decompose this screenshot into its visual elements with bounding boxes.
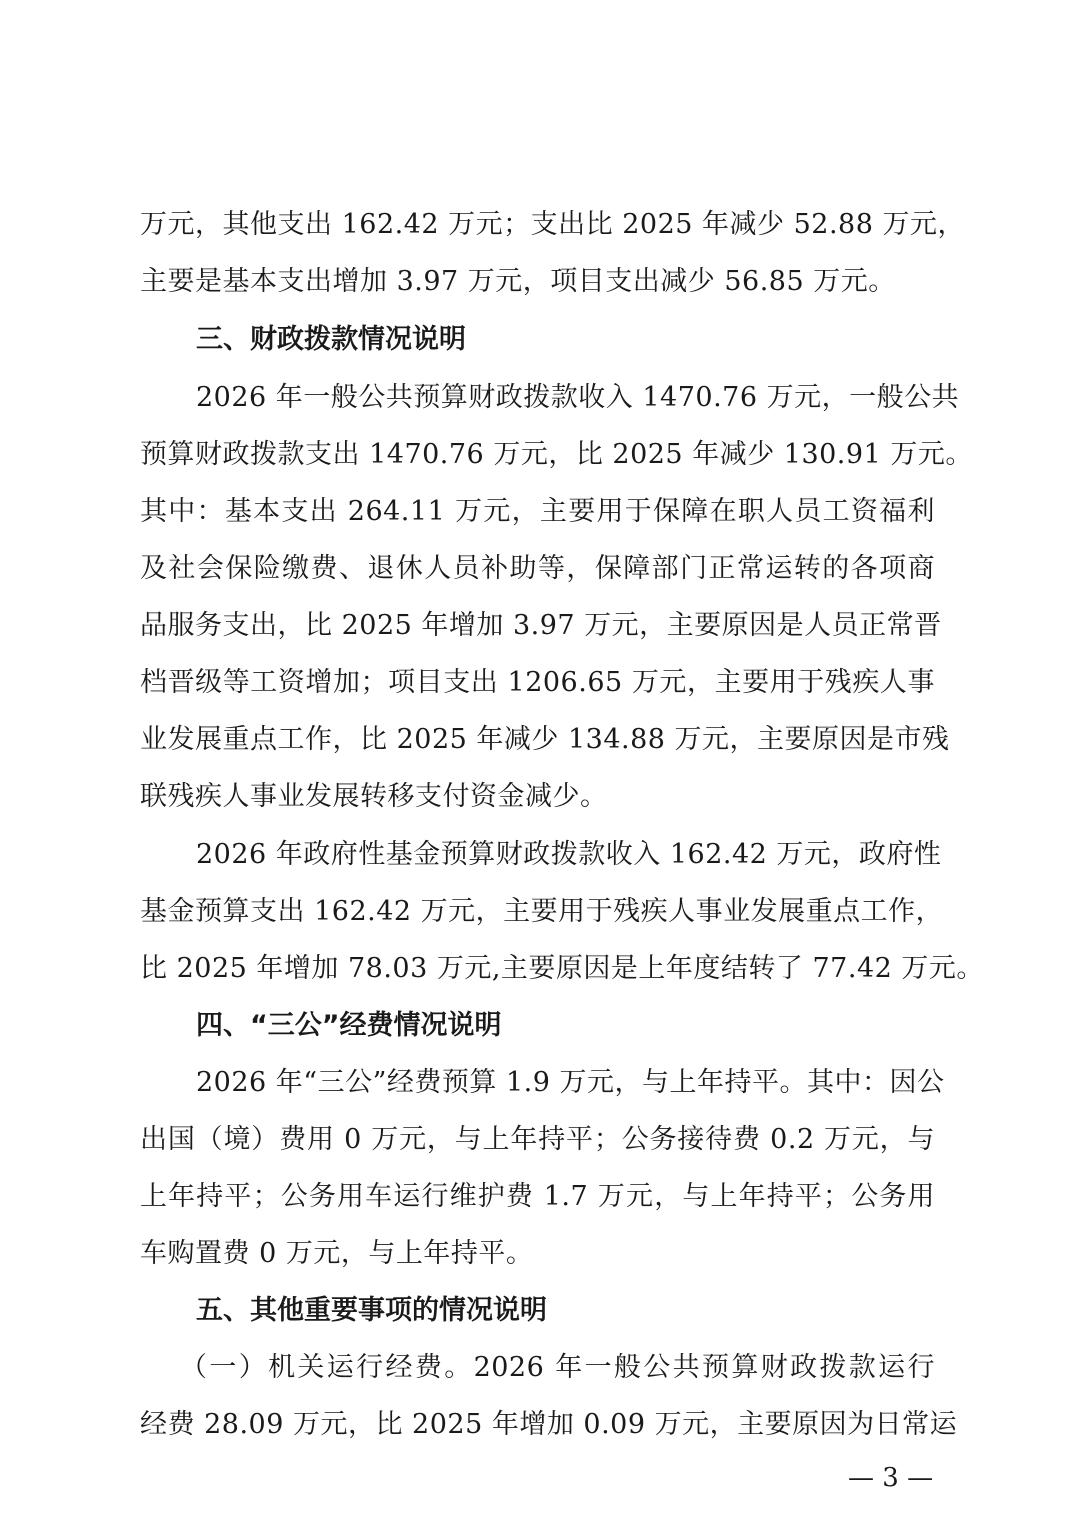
body-text-line: 联残疾人事业发展转移支付资金减少。 (140, 777, 935, 817)
body-text-line: 万元，其他支出 162.42 万元；支出比 2025 年减少 52.88 万元， (140, 205, 935, 245)
section-heading-4: 四、“三公”经费情况说明 (196, 1006, 502, 1046)
document-page: 万元，其他支出 162.42 万元；支出比 2025 年减少 52.88 万元，… (0, 0, 1074, 1520)
body-text-line: 2026 年“三公”经费预算 1.9 万元，与上年持平。其中：因公 (196, 1063, 935, 1103)
body-text-line: （一）机关运行经费。2026 年一般公共预算财政拨款运行 (180, 1348, 935, 1388)
body-text-line: 比 2025 年增加 78.03 万元,主要原因是上年度结转了 77.42 万元… (140, 949, 935, 989)
body-text-line: 2026 年一般公共预算财政拨款收入 1470.76 万元，一般公共 (196, 378, 935, 418)
body-text-line: 基金预算支出 162.42 万元，主要用于残疾人事业发展重点工作， (140, 892, 935, 932)
body-text-line: 及社会保险缴费、退休人员补助等，保障部门正常运转的各项商 (140, 549, 935, 589)
body-text-line: 其中：基本支出 264.11 万元，主要用于保障在职人员工资福利 (140, 492, 935, 532)
body-text-line: 经费 28.09 万元，比 2025 年增加 0.09 万元，主要原因为日常运 (140, 1405, 935, 1445)
body-text-line: 预算财政拨款支出 1470.76 万元，比 2025 年减少 130.91 万元… (140, 435, 935, 475)
body-text-line: 出国（境）费用 0 万元，与上年持平；公务接待费 0.2 万元，与 (140, 1120, 935, 1160)
body-text-line: 车购置费 0 万元，与上年持平。 (140, 1234, 935, 1274)
body-text-line: 主要是基本支出增加 3.97 万元，项目支出减少 56.85 万元。 (140, 262, 935, 302)
body-text-line: 上年持平；公务用车运行维护费 1.7 万元，与上年持平；公务用 (140, 1177, 935, 1217)
body-text-line: 2026 年政府性基金预算财政拨款收入 162.42 万元，政府性 (196, 835, 935, 875)
body-text-line: 档晋级等工资增加；项目支出 1206.65 万元，主要用于残疾人事 (140, 663, 935, 703)
section-heading-5: 五、其他重要事项的情况说明 (196, 1291, 547, 1331)
body-text-line: 品服务支出，比 2025 年增加 3.97 万元，主要原因是人员正常晋 (140, 606, 935, 646)
section-heading-3: 三、财政拨款情况说明 (196, 320, 466, 360)
body-text-line: 业发展重点工作，比 2025 年减少 134.88 万元，主要原因是市残 (140, 720, 935, 760)
page-number: — 3 — (848, 1460, 933, 1496)
